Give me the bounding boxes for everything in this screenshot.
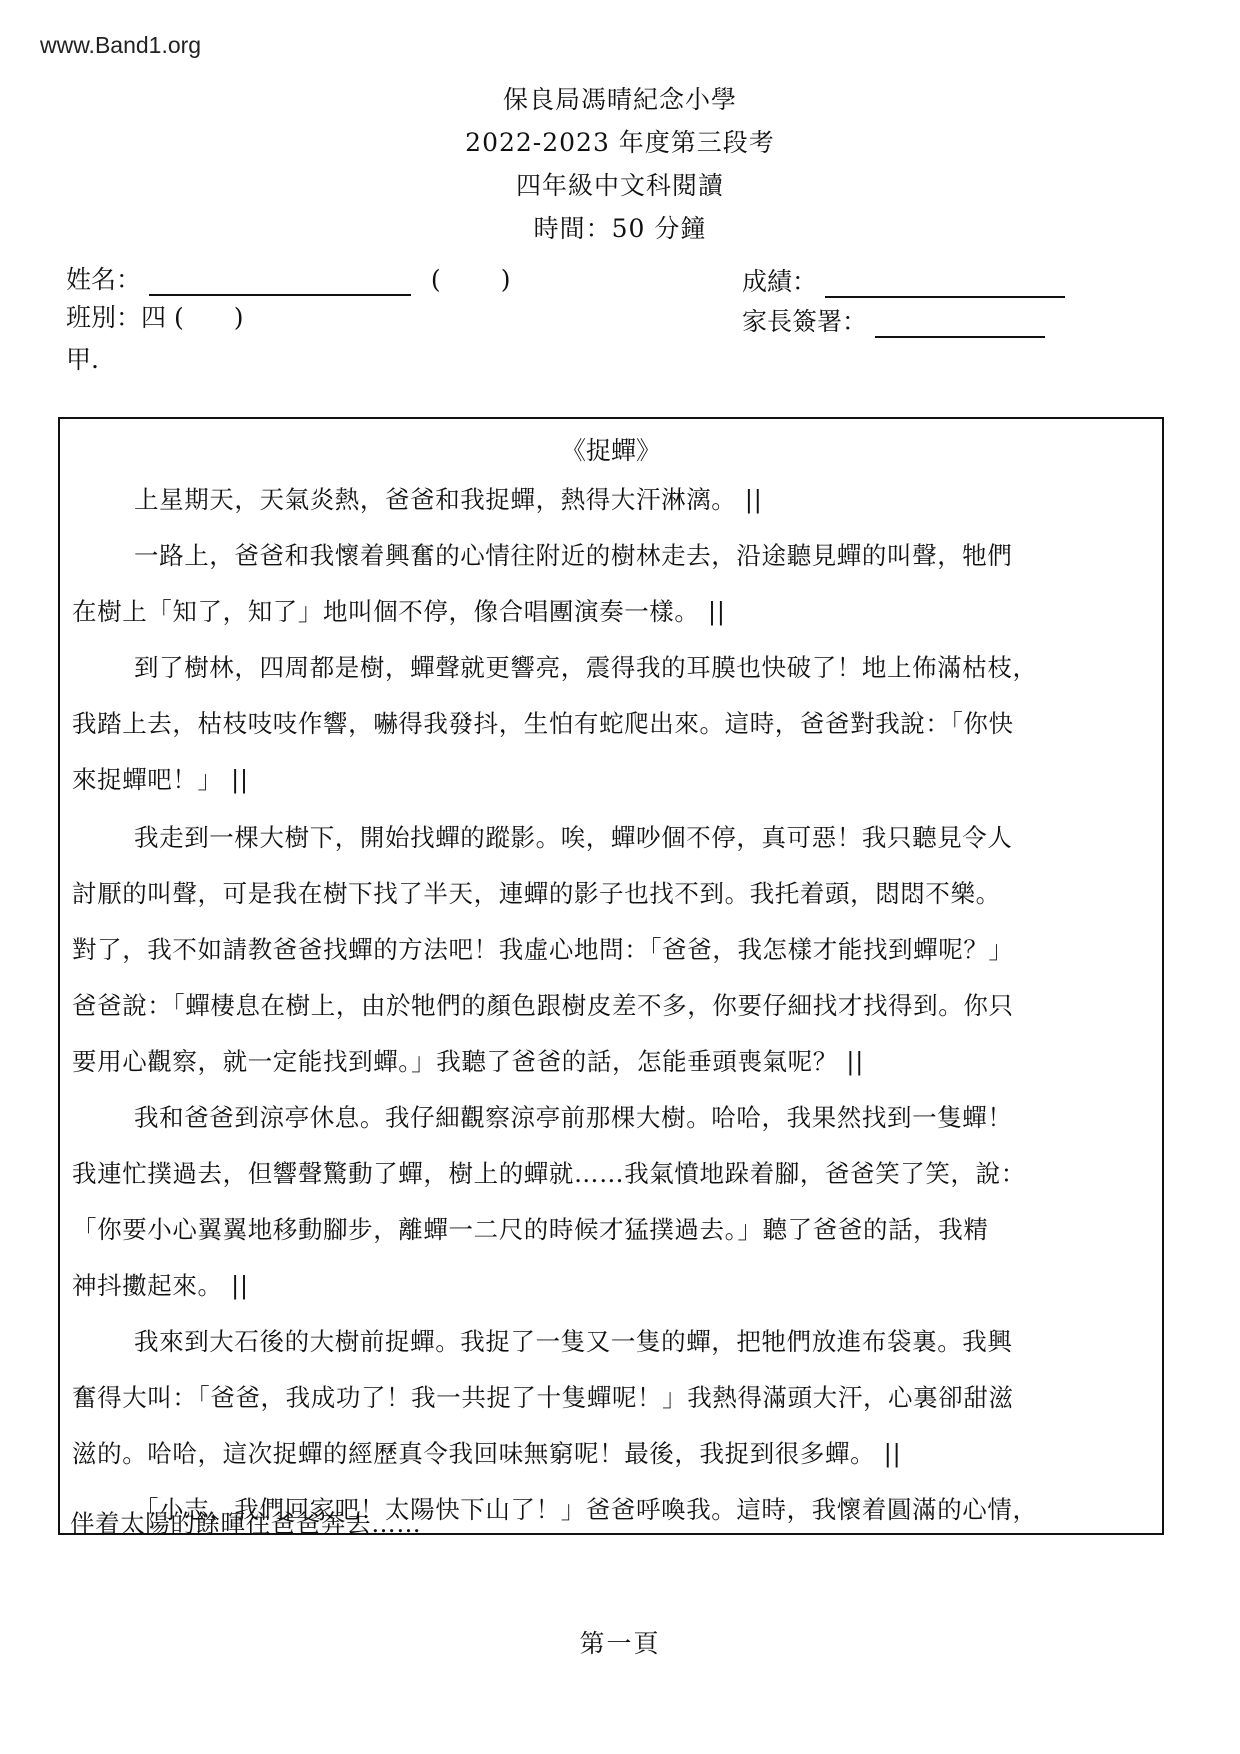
name-row: 姓名： (): [66, 260, 510, 296]
parent-signature-row: 家長簽署：: [742, 302, 1045, 338]
passage-line: 我踏上去，枯枝吱吱作響，嚇得我發抖，生怕有蛇爬出來。這時，爸爸對我說：「你快: [72, 705, 1014, 740]
class-number-close: ): [501, 265, 511, 294]
page-number: 第一頁: [0, 1624, 1240, 1660]
passage-line: 奮得大叫：「爸爸，我成功了！我一共捉了十隻蟬呢！」我熱得滿頭大汗，心裏卻甜滋: [72, 1379, 1014, 1414]
passage-line: 上星期天，天氣炎熱，爸爸和我捉蟬，熱得大汗淋漓。 ||: [134, 481, 763, 516]
passage-line: 一路上，爸爸和我懷着興奮的心情往附近的樹林走去，沿途聽見蟬的叫聲，牠們: [134, 537, 1013, 572]
passage-line: 「你要小心翼翼地移動腳步，離蟬一二尺的時候才猛撲過去。」聽了爸爸的話，我精: [72, 1211, 988, 1246]
name-field[interactable]: [149, 268, 411, 296]
section-label: 甲.: [66, 340, 99, 376]
name-label: 姓名：: [66, 265, 141, 294]
passage-line: 滋的。哈哈，這次捉蟬的經歷真令我回味無窮呢！最後，我捉到很多蟬。 ||: [72, 1435, 901, 1470]
class-close: ): [234, 303, 244, 332]
exam-header: 保良局馮晴紀念小學 2022-2023 年度第三段考 四年級中文科閱讀 時間：5…: [0, 78, 1240, 250]
watermark: www.Band1.org: [40, 32, 201, 59]
exam-duration: 時間：50 分鐘: [0, 207, 1240, 250]
score-row: 成績：: [742, 262, 1065, 298]
passage-line: 我來到大石後的大樹前捉蟬。我捉了一隻又一隻的蟬，把牠們放進布袋裏。我興: [134, 1323, 1013, 1358]
passage-line: 討厭的叫聲，可是我在樹下找了半天，連蟬的影子也找不到。我托着頭，悶悶不樂。: [72, 875, 1001, 910]
subject-title: 四年級中文科閱讀: [0, 164, 1240, 207]
school-name: 保良局馮晴紀念小學: [0, 78, 1240, 121]
class-row: 班別：四 (): [66, 298, 244, 334]
exam-title: 2022-2023 年度第三段考: [0, 121, 1240, 164]
passage-line: 爸爸說：「蟬棲息在樹上，由於牠們的顏色跟樹皮差不多，你要仔細找才找得到。你只: [72, 987, 1014, 1022]
parent-signature-field[interactable]: [875, 310, 1045, 338]
passage-line: 我走到一棵大樹下，開始找蟬的蹤影。唉，蟬吵個不停，真可惡！我只聽見令人: [134, 819, 1013, 854]
passage-line: 在樹上「知了，知了」地叫個不停，像合唱團演奏一樣。 ||: [72, 593, 726, 628]
class-open: (: [174, 303, 184, 332]
passage-line: 要用心觀察，就一定能找到蟬。」我聽了爸爸的話，怎能垂頭喪氣呢？ ||: [72, 1043, 864, 1078]
parent-signature-label: 家長簽署：: [742, 307, 867, 336]
passage-line: 我和爸爸到涼亭休息。我仔細觀察涼亭前那棵大樹。哈哈，我果然找到一隻蟬！: [134, 1099, 1013, 1134]
class-number-open: (: [431, 265, 441, 294]
passage-line: 到了樹林，四周都是樹，蟬聲就更響亮，震得我的耳膜也快破了！地上佈滿枯枝，: [134, 649, 1038, 684]
class-label: 班別：四: [66, 303, 166, 332]
passage-line: 來捉蟬吧！」 ||: [72, 761, 249, 796]
passage-line: 對了，我不如請教爸爸找蟬的方法吧！我虛心地問：「爸爸，我怎樣才能找到蟬呢？」: [72, 931, 1014, 966]
passage-box: 《捉蟬》 上星期天，天氣炎熱，爸爸和我捉蟬，熱得大汗淋漓。 || 一路上，爸爸和…: [58, 417, 1164, 1535]
score-field[interactable]: [825, 270, 1065, 298]
passage-line: 我連忙撲過去，但響聲驚動了蟬，樹上的蟬就……我氣憤地跺着腳，爸爸笑了笑，說：: [72, 1155, 1026, 1190]
score-label: 成績：: [742, 267, 817, 296]
passage-title: 《捉蟬》: [60, 431, 1162, 467]
passage-line: 神抖擻起來。 ||: [72, 1267, 249, 1302]
passage-line: 伴着太陽的餘暉往爸爸奔去……: [70, 1505, 421, 1540]
